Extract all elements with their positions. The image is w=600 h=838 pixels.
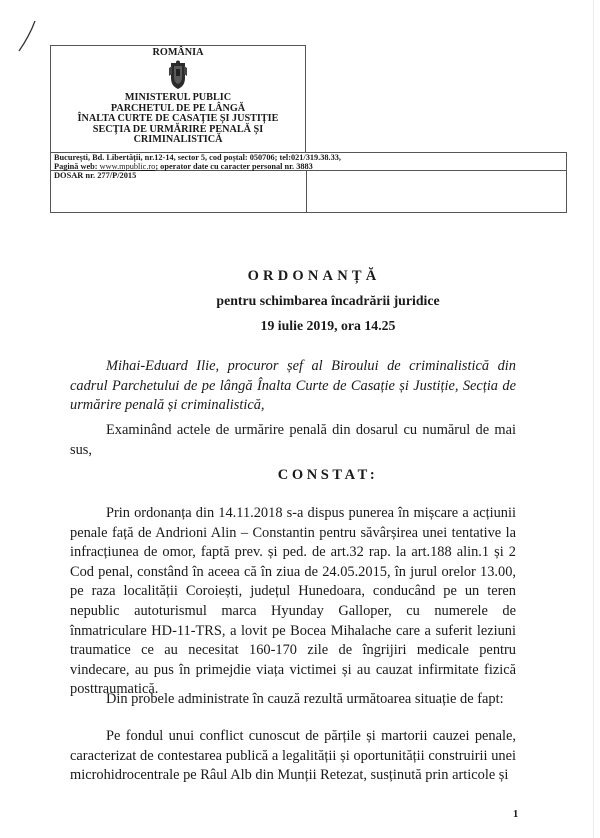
institution-line: CRIMINALISTICĂ	[51, 135, 305, 145]
contact-info: București, Bd. Libertății, nr.12-14, sec…	[50, 152, 567, 171]
document-date: 19 iulie 2019, ora 14.25	[28, 318, 600, 334]
country-name: ROMÂNIA	[51, 48, 305, 58]
coat-of-arms-icon	[168, 60, 188, 90]
paragraph-charges: Prin ordonanța din 14.11.2018 s-a dispus…	[70, 504, 516, 700]
prosecutor-intro: Mihai-Eduard Ilie, procuror șef al Birou…	[70, 357, 516, 416]
page-edge	[593, 0, 594, 838]
examining-statement: Examinând actele de urmărire penală din …	[70, 421, 516, 460]
institution-header: ROMÂNIA MINISTERUL PUBLIC PARCHETUL DE P…	[50, 45, 306, 152]
case-file-row: DOSAR nr. 277/P/2015	[50, 170, 567, 213]
document-title-text: ORDONANȚĂ	[248, 268, 381, 285]
paragraph-facts: Pe fondul unui conflict cunoscut de părț…	[70, 727, 516, 786]
handwritten-slash-mark	[16, 19, 38, 53]
case-file-empty-cell	[307, 170, 566, 212]
document-title: ORDONANȚĂ	[0, 268, 600, 285]
page-number: 1	[513, 809, 518, 820]
case-file-number: DOSAR nr. 277/P/2015	[51, 170, 307, 212]
evidence-intro: Din probele administrate în cauză rezult…	[70, 690, 516, 710]
document-subtitle: pentru schimbarea încadrării juridice	[28, 293, 600, 309]
constat-heading: CONSTAT:	[28, 467, 600, 484]
